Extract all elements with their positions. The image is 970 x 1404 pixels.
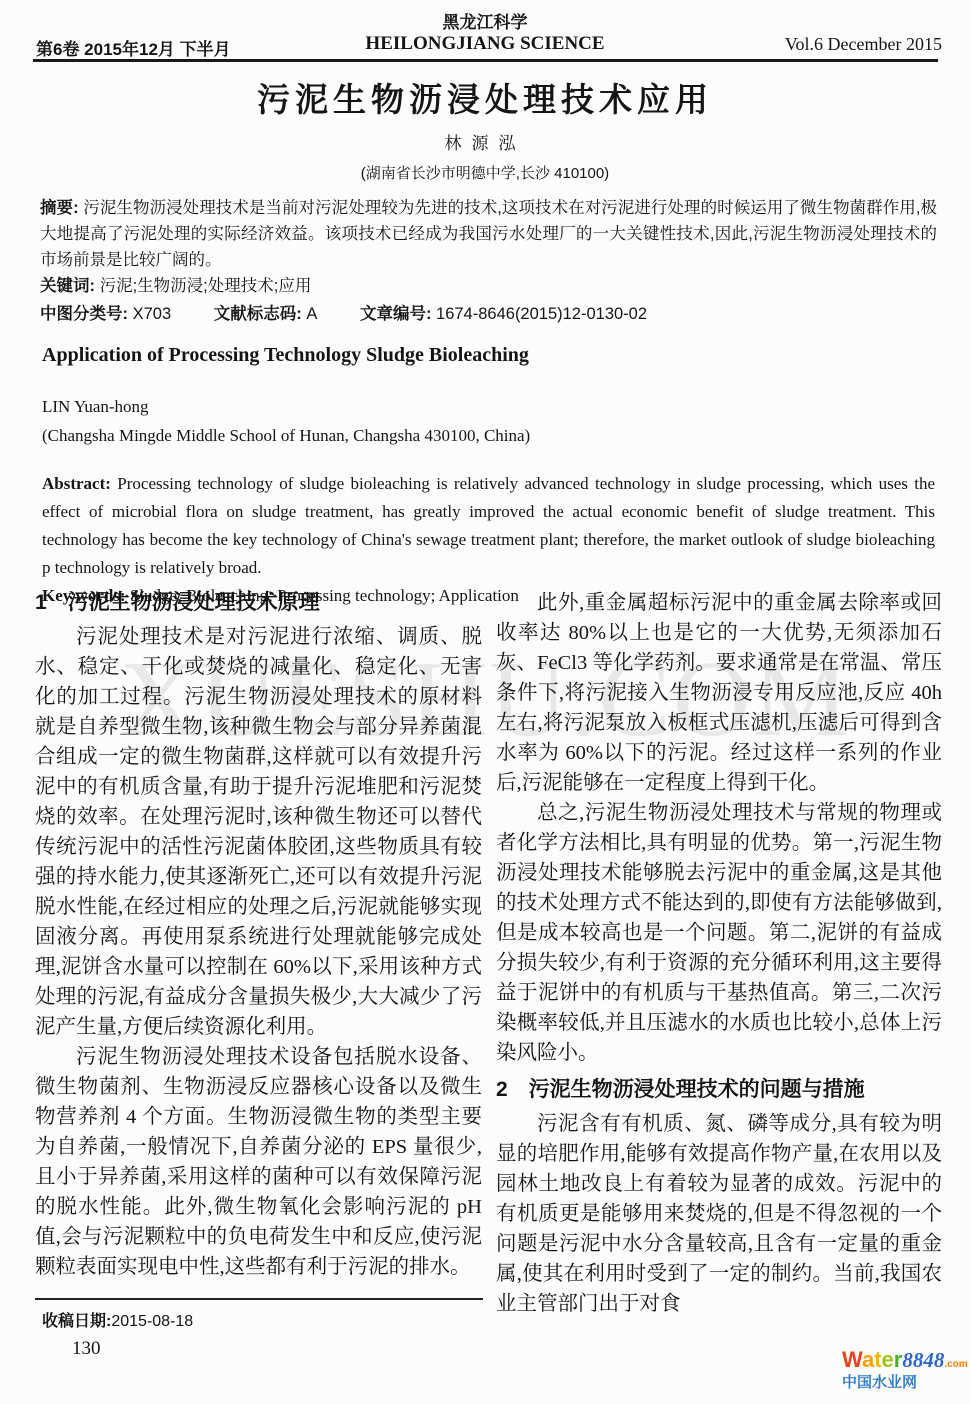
doc-code-value: A bbox=[306, 305, 317, 323]
logo-number: 8848 bbox=[902, 1348, 944, 1372]
author-name-cn: 林源泓 bbox=[0, 129, 970, 154]
logo-letter-a: a bbox=[862, 1347, 874, 1372]
author-name-en: LIN Yuan-hong bbox=[42, 397, 935, 417]
header-divider bbox=[33, 59, 938, 62]
article-title-cn: 污泥生物沥浸处理技术应用 bbox=[0, 74, 970, 121]
article-id-label: 文章编号: bbox=[360, 305, 432, 323]
issue-info-right: Vol.6 December 2015 bbox=[785, 34, 942, 55]
received-date-label: 收稿日期: bbox=[42, 1313, 111, 1330]
abstract-text-cn: 污泥生物沥浸处理技术是当前对污泥处理较为先进的技术,这项技术在对污泥进行处理的时… bbox=[40, 199, 937, 269]
footnote-divider bbox=[35, 1298, 483, 1300]
doc-code-pair: 文献标志码: A bbox=[214, 305, 318, 323]
right-paragraph-2: 总之,污泥生物沥浸处理技术与常规的物理或者化学方法相比,具有明显的优势。第一,污… bbox=[496, 798, 942, 1068]
section-2-paragraph-1: 污泥含有有机质、氮、磷等成分,具有较为明显的培肥作用,能够有效提高作物产量,在农… bbox=[496, 1109, 942, 1319]
abstract-en: Abstract: Processing technology of sludg… bbox=[42, 470, 935, 582]
body-column-left: 1 污泥生物沥浸处理技术原理 污泥处理技术是对污泥进行浓缩、调质、脱水、稳定、干… bbox=[35, 588, 482, 1282]
clc-pair: 中图分类号: X703 bbox=[40, 305, 171, 323]
journal-name-cn: 黑龙江科学 bbox=[0, 8, 970, 33]
abstract-cn: 摘要: 污泥生物沥浸处理技术是当前对污泥处理较为先进的技术,这项技术在对污泥进行… bbox=[40, 195, 937, 273]
logo-letter-w: W bbox=[842, 1347, 862, 1372]
received-date-value: 2015-08-18 bbox=[111, 1313, 193, 1330]
right-paragraph-1: 此外,重金属超标污泥中的重金属去除率或回收率达 80%以上也是它的一大优势,无须… bbox=[496, 588, 942, 798]
affiliation-en: (Changsha Mingde Middle School of Hunan,… bbox=[42, 426, 935, 446]
abstract-label-en: Abstract: bbox=[42, 474, 111, 493]
article-id-pair: 文章编号: 1674-8646(2015)12-0130-02 bbox=[360, 305, 647, 323]
keywords-text-cn: 污泥;生物沥浸;处理技术;应用 bbox=[100, 277, 312, 295]
keywords-label-cn: 关键词: bbox=[40, 277, 95, 295]
section-1-paragraph-2: 污泥生物沥浸处理技术设备包括脱水设备、微生物菌剂、生物沥浸反应器核心设备以及微生… bbox=[35, 1042, 482, 1282]
section-1-paragraph-1: 污泥处理技术是对污泥进行浓缩、调质、脱水、稳定、干化或焚烧的减量化、稳定化、无害… bbox=[35, 622, 482, 1042]
logo-dotcom: .com bbox=[944, 1359, 967, 1370]
classification-line: 中图分类号: X703 文献标志码: A 文章编号: 1674-8646(201… bbox=[40, 301, 937, 327]
page-number: 130 bbox=[72, 1338, 101, 1360]
affiliation-cn: (湖南省长沙市明德中学,长沙 410100) bbox=[0, 162, 970, 183]
logo-wordmark: Water8848.com bbox=[842, 1349, 966, 1371]
abstract-label-cn: 摘要: bbox=[40, 199, 79, 217]
logo-cn-name: 中国水业网 bbox=[842, 1375, 962, 1390]
water8848-logo: Water8848.com 中国水业网 bbox=[842, 1349, 966, 1390]
logo-letter-t: t bbox=[874, 1347, 881, 1372]
body-column-right: 此外,重金属超标污泥中的重金属去除率或回收率达 80%以上也是它的一大优势,无须… bbox=[496, 588, 942, 1319]
scanned-paper-page: XUESHU.COM 黑龙江科学 第6卷 2015年12月 下半月 HEILON… bbox=[0, 0, 970, 1404]
english-block: Application of Processing Technology Slu… bbox=[42, 344, 935, 610]
clc-value: X703 bbox=[133, 305, 172, 323]
received-date-line: 收稿日期:2015-08-18 bbox=[42, 1308, 193, 1331]
article-id-value: 1674-8646(2015)12-0130-02 bbox=[436, 305, 647, 323]
clc-label: 中图分类号: bbox=[40, 305, 128, 323]
keywords-cn: 关键词: 污泥;生物沥浸;处理技术;应用 bbox=[40, 273, 937, 299]
article-title-en: Application of Processing Technology Slu… bbox=[42, 344, 935, 367]
section-2-heading: 2 污泥生物沥浸处理技术的问题与措施 bbox=[496, 1075, 942, 1105]
logo-cn-text: 中国水业网 bbox=[842, 1375, 917, 1390]
doc-code-label: 文献标志码: bbox=[214, 305, 302, 323]
logo-letter-e: e bbox=[882, 1347, 894, 1372]
section-1-heading: 1 污泥生物沥浸处理技术原理 bbox=[35, 588, 482, 618]
abstract-block-cn: 摘要: 污泥生物沥浸处理技术是当前对污泥处理较为先进的技术,这项技术在对污泥进行… bbox=[40, 195, 937, 327]
abstract-text-en: Processing technology of sludge bioleach… bbox=[42, 474, 935, 577]
